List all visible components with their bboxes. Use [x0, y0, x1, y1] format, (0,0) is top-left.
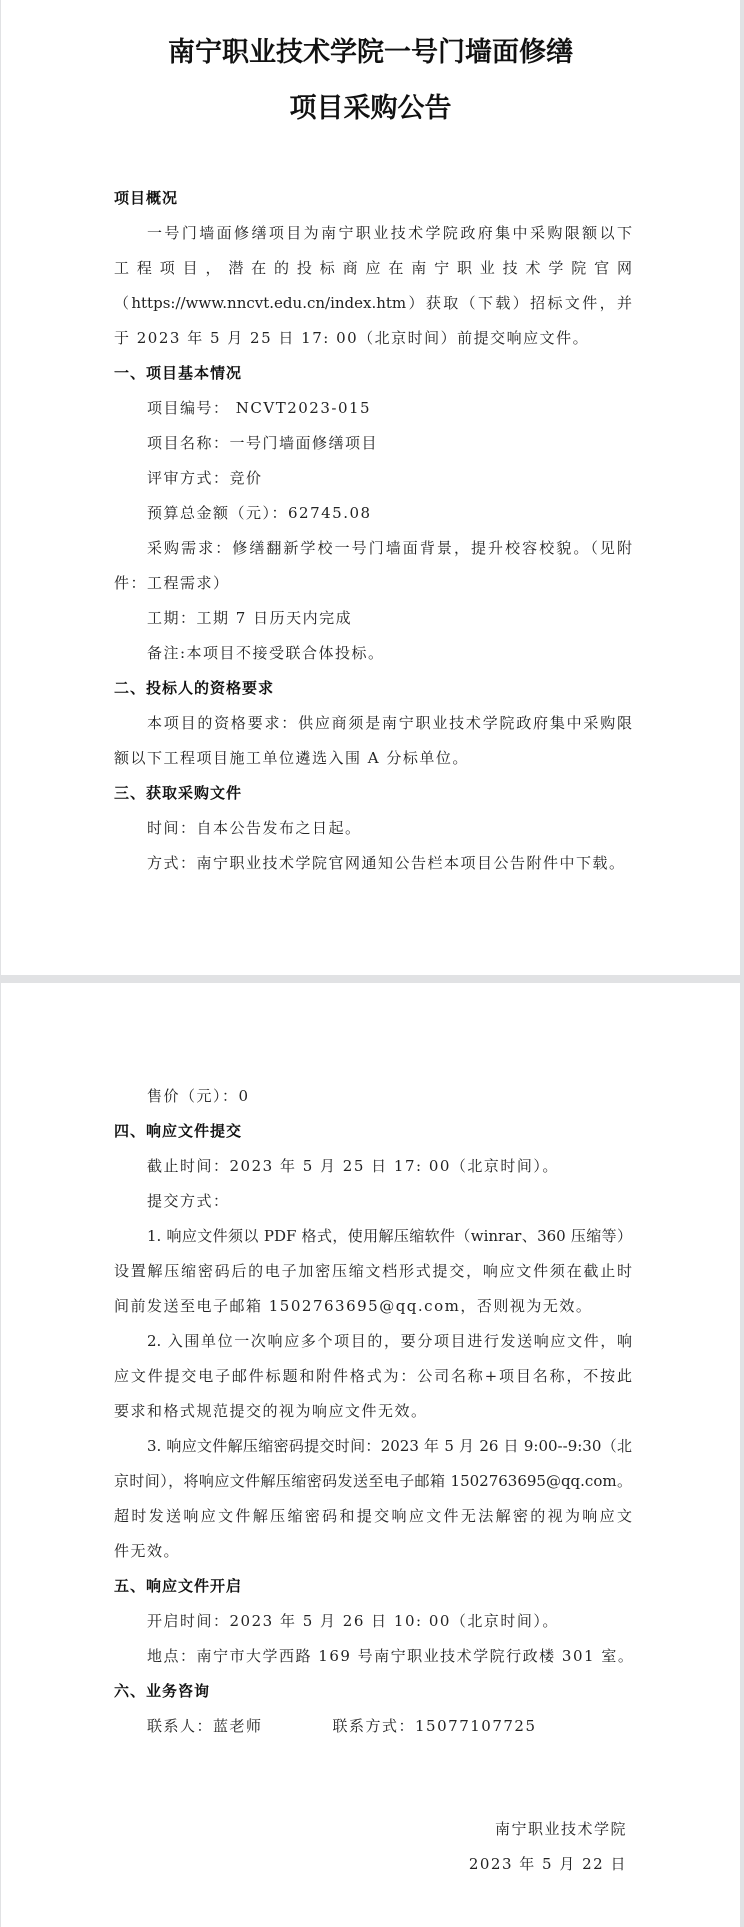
submission-item3-line-2: 京时间），将响应文件解压缩密码发送至电子邮箱 1502763695@qq.com… — [114, 1471, 632, 1491]
contact-person: 联系人：蓝老师 — [147, 1717, 263, 1735]
budget-amount: 预算总金额（元）：62745.08 — [147, 503, 632, 523]
submission-item2-line-1: 2. 入围单位一次响应多个项目的，要分项目进行发送响应文件，响 — [147, 1331, 632, 1351]
submission-item3-line-4: 件无效。 — [114, 1541, 632, 1561]
page-2: 售价（元）：0 四、响应文件提交 截止时间：2023 年 5 月 25 日 17… — [1, 983, 740, 1927]
submission-item2-line-2: 应文件提交电子邮件标题和附件格式为：公司名称+项目名称，不按此 — [114, 1366, 632, 1386]
page-1: 南宁职业技术学院一号门墙面修缮 项目采购公告 项目概况 一号门墙面修缮项目为南宁… — [1, 0, 740, 975]
section6-heading: 六、业务咨询 — [114, 1681, 632, 1701]
acquire-method: 方式：南宁职业技术学院官网通知公告栏本项目公告附件中下载。 — [147, 853, 632, 873]
overview-line-3-url: （https://www.nncvt.edu.cn/index.htm）获取（下… — [114, 293, 632, 313]
qualification-line-2: 额以下工程项目施工单位遴选入围 A 分标单位。 — [114, 748, 632, 768]
signature-organization: 南宁职业技术学院 — [495, 1819, 627, 1839]
section5-heading: 五、响应文件开启 — [114, 1576, 632, 1596]
submission-item3-line-1: 3. 响应文件解压缩密码提交时间：2023 年 5 月 26 日 9:00--9… — [147, 1436, 632, 1456]
document-price: 售价（元）：0 — [147, 1086, 632, 1106]
document-title-line-2: 项目采购公告 — [1, 86, 740, 125]
contact-phone: 联系方式：15077107725 — [333, 1717, 537, 1735]
construction-duration: 工期：工期 7 日历天内完成 — [147, 608, 632, 628]
acquire-time: 时间：自本公告发布之日起。 — [147, 818, 632, 838]
review-method: 评审方式：竞价 — [147, 468, 632, 488]
section4-heading: 四、响应文件提交 — [114, 1121, 632, 1141]
project-name: 项目名称：一号门墙面修缮项目 — [147, 433, 632, 453]
remark: 备注:本项目不接受联合体投标。 — [147, 643, 632, 663]
opening-time: 开启时间：2023 年 5 月 26 日 10: 00（北京时间）。 — [147, 1611, 632, 1631]
submission-item3-line-3: 超时发送响应文件解压缩密码和提交响应文件无法解密的视为响应文 — [114, 1506, 632, 1526]
contact-info: 联系人：蓝老师联系方式：15077107725 — [147, 1716, 632, 1736]
document-title-line-1: 南宁职业技术学院一号门墙面修缮 — [1, 30, 740, 69]
submission-item1-line-3: 间前发送至电子邮箱 1502763695@qq.com，否则视为无效。 — [114, 1296, 632, 1316]
section1-heading: 一、项目基本情况 — [114, 363, 632, 383]
opening-location: 地点：南宁市大学西路 169 号南宁职业技术学院行政楼 301 室。 — [147, 1646, 632, 1666]
overview-line-4: 于 2023 年 5 月 25 日 17: 00（北京时间）前提交响应文件。 — [114, 328, 632, 348]
project-number: 项目编号： NCVT2023-015 — [147, 398, 632, 418]
overview-line-2: 工程项目，潜在的投标商应在南宁职业技术学院官网 — [114, 258, 632, 278]
submission-item1-line-2: 设置解压缩密码后的电子加密压缩文档形式提交，响应文件须在截止时 — [114, 1261, 632, 1281]
signature-date: 2023 年 5 月 22 日 — [469, 1854, 627, 1874]
procurement-requirement-line-2: 件：工程需求） — [114, 573, 632, 593]
section2-heading: 二、投标人的资格要求 — [114, 678, 632, 698]
submission-deadline: 截止时间：2023 年 5 月 25 日 17: 00（北京时间）。 — [147, 1156, 632, 1176]
overview-heading: 项目概况 — [114, 188, 632, 208]
document-viewer[interactable]: 南宁职业技术学院一号门墙面修缮 项目采购公告 项目概况 一号门墙面修缮项目为南宁… — [0, 0, 744, 1927]
submission-method-label: 提交方式： — [147, 1191, 632, 1211]
submission-item1-line-1: 1. 响应文件须以 PDF 格式，使用解压缩软件（winrar、360 压缩等） — [147, 1226, 632, 1246]
section3-heading: 三、获取采购文件 — [114, 783, 632, 803]
qualification-line-1: 本项目的资格要求：供应商须是南宁职业技术学院政府集中采购限 — [147, 713, 632, 733]
overview-line-1: 一号门墙面修缮项目为南宁职业技术学院政府集中采购限额以下 — [147, 223, 632, 243]
submission-item2-line-3: 要求和格式规范提交的视为响应文件无效。 — [114, 1401, 632, 1421]
procurement-requirement-line-1: 采购需求：修缮翻新学校一号门墙面背景，提升校容校貌。（见附 — [147, 538, 632, 558]
